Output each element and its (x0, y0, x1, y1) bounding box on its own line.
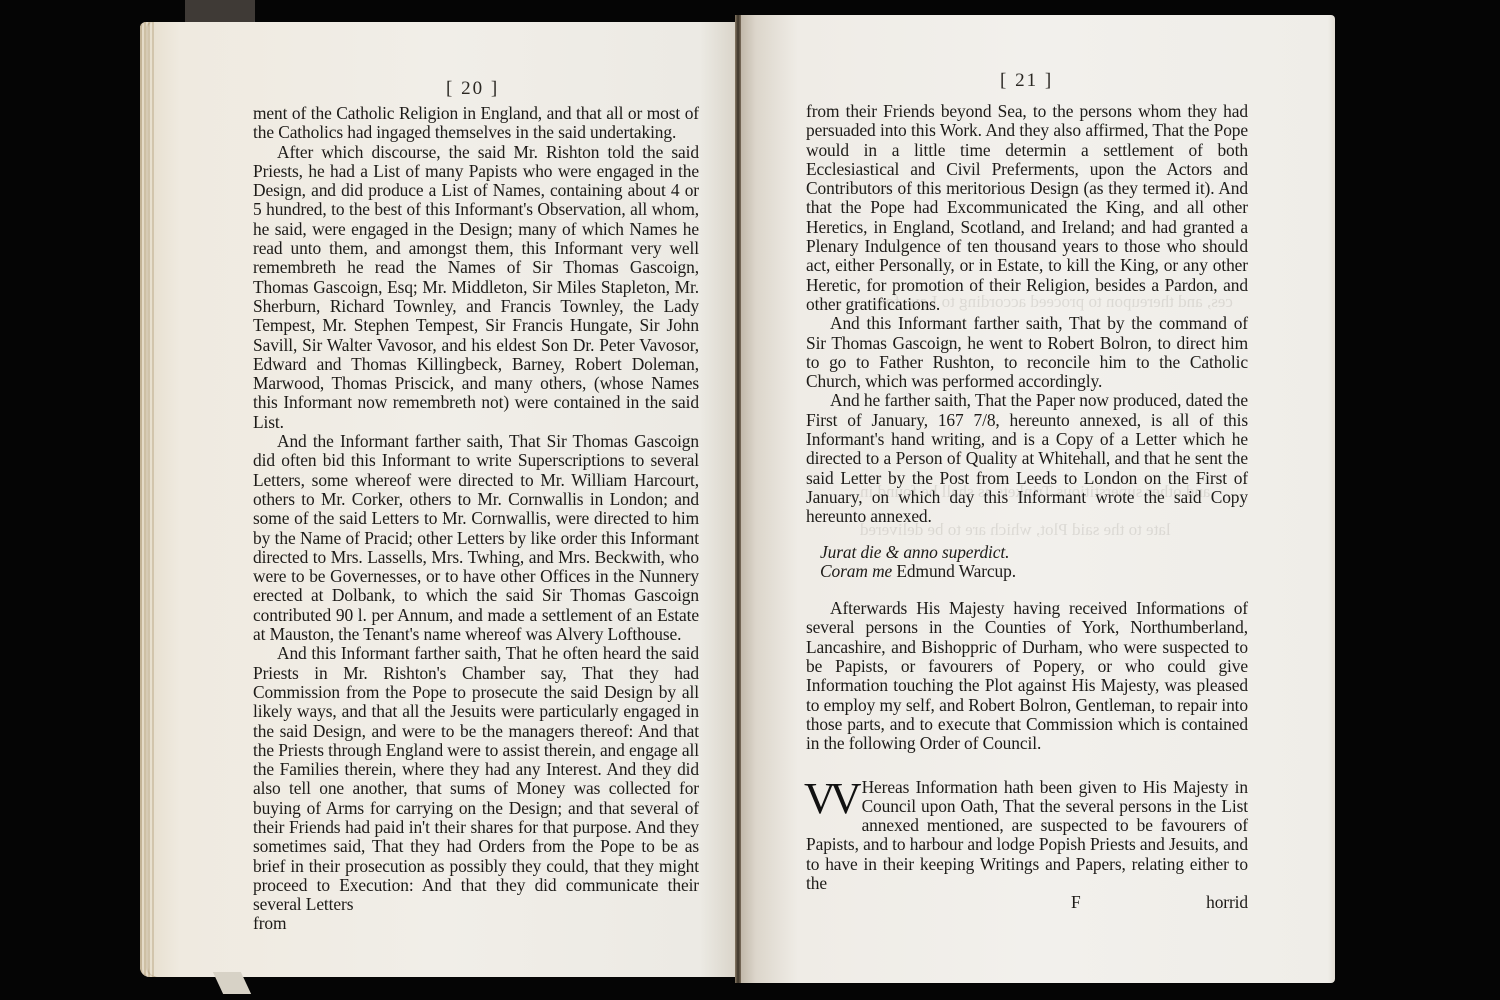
right-page-body: from their Friends beyond Sea, to the pe… (806, 102, 1248, 913)
paragraph: And he farther saith, That the Paper now… (806, 391, 1248, 526)
catchword: horrid (1206, 893, 1248, 912)
open-book: ces, and thereupon to proceed according … (0, 0, 1500, 1000)
signature-mark: F (1071, 893, 1081, 912)
page-number-left: [ 20 ] (446, 78, 499, 100)
book-spine (735, 15, 741, 983)
paragraph: After which discourse, the said Mr. Rish… (253, 143, 699, 432)
paragraph: ment of the Catholic Religion in England… (253, 104, 699, 143)
paragraph: from their Friends beyond Sea, to the pe… (806, 102, 1248, 314)
coram-prefix: Coram me (820, 561, 892, 581)
catchword: from (253, 914, 699, 933)
paragraph: Hereas Information hath been given to Hi… (806, 778, 1248, 894)
jurat-line: Jurat die & anno superdict. (806, 543, 1248, 562)
drop-cap: VV (804, 780, 856, 818)
signature-line: F horrid (806, 893, 1248, 912)
signatory-name: Edmund Warcup. (896, 561, 1016, 581)
paragraph: And the Informant farther saith, That Si… (253, 432, 699, 644)
order-of-council: VV Hereas Information hath been given to… (806, 778, 1248, 894)
paragraph: And this Informant farther saith, That b… (806, 314, 1248, 391)
page-number-right: [ 21 ] (1000, 70, 1053, 92)
coram-line: Coram me Edmund Warcup. (806, 562, 1248, 581)
paragraph: And this Informant farther saith, That h… (253, 644, 699, 914)
left-page-body: ment of the Catholic Religion in England… (253, 104, 699, 934)
paragraph: Afterwards His Majesty having received I… (806, 599, 1248, 753)
